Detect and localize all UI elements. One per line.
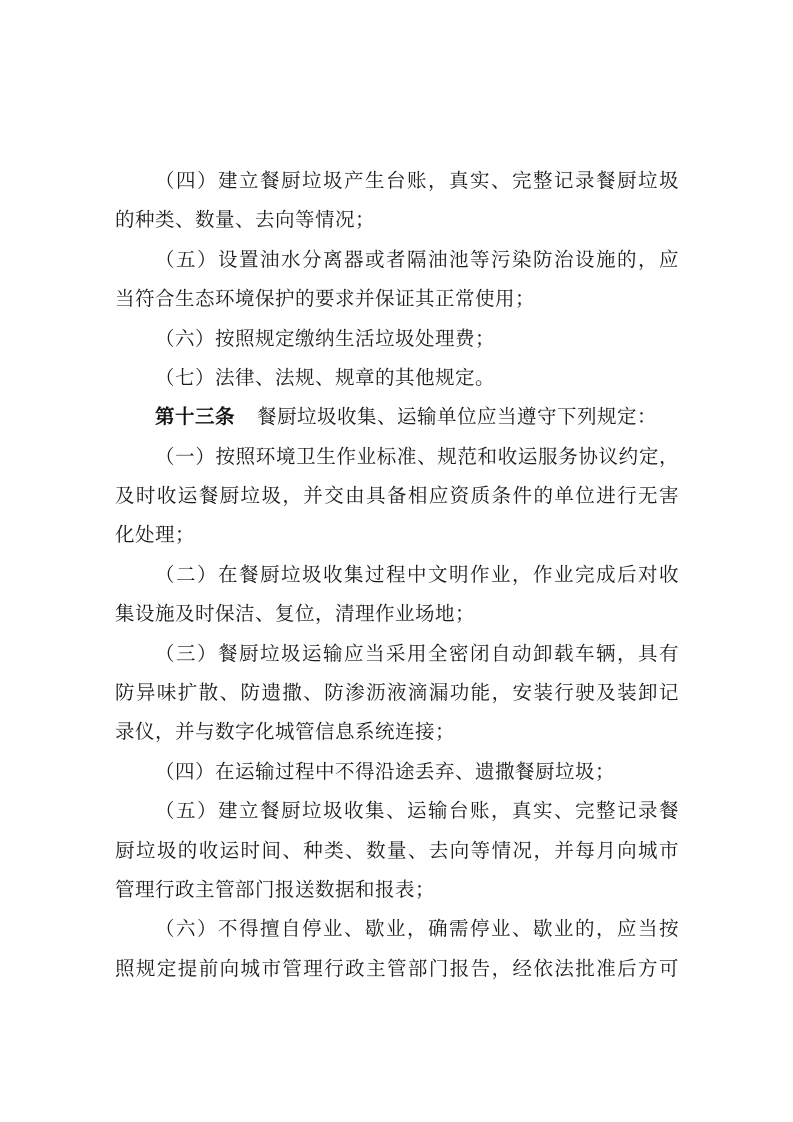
text-line: （七）法律、法规、规章的其他规定。	[155, 364, 679, 392]
text-line: （四）在运输过程中不得沿途丢弃、遗撒餐厨垃圾；	[155, 758, 679, 786]
text-line: （四）建立餐厨垃圾产生台账，真实、完整记录餐厨垃圾	[155, 167, 679, 195]
text-line: 防异味扩散、防遗撒、防渗沥液滴漏功能，安装行驶及装卸记	[115, 679, 679, 707]
article-number: 第十三条	[155, 405, 235, 428]
text-line: 照规定提前向城市管理行政主管部门报告，经依法批准后方可	[115, 955, 679, 983]
text-line: 录仪，并与数字化城管信息系统连接；	[115, 718, 679, 746]
text-line: （六）不得擅自停业、歇业，确需停业、歇业的，应当按	[155, 915, 679, 943]
article-lead-text: 餐厨垃圾收集、运输单位应当遵守下列规定：	[257, 405, 657, 428]
text-line: （五）设置油水分离器或者隔油池等污染防治设施的，应	[155, 246, 679, 274]
text-line: 化处理；	[115, 521, 679, 549]
article-heading-line: 第十三条餐厨垃圾收集、运输单位应当遵守下列规定：	[155, 403, 679, 431]
text-line: 厨垃圾的收运时间、种类、数量、去向等情况，并每月向城市	[115, 837, 679, 865]
text-line: （三）餐厨垃圾运输应当采用全密闭自动卸载车辆，具有	[155, 640, 679, 668]
text-line: 集设施及时保洁、复位，清理作业场地；	[115, 600, 679, 628]
text-line: （五）建立餐厨垃圾收集、运输台账，真实、完整记录餐	[155, 797, 679, 825]
document-page: （四）建立餐厨垃圾产生台账，真实、完整记录餐厨垃圾 的种类、数量、去向等情况； …	[0, 0, 793, 1122]
text-line: （一）按照环境卫生作业标准、规范和收运服务协议约定，	[155, 443, 679, 471]
text-line: 的种类、数量、去向等情况；	[115, 206, 679, 234]
text-line: （二）在餐厨垃圾收集过程中文明作业，作业完成后对收	[155, 561, 679, 589]
text-line: 管理行政主管部门报送数据和报表；	[115, 876, 679, 904]
text-line: （六）按照规定缴纳生活垃圾处理费；	[155, 325, 679, 353]
text-line: 及时收运餐厨垃圾，并交由具备相应资质条件的单位进行无害	[115, 482, 679, 510]
text-line: 当符合生态环境保护的要求并保证其正常使用；	[115, 285, 679, 313]
